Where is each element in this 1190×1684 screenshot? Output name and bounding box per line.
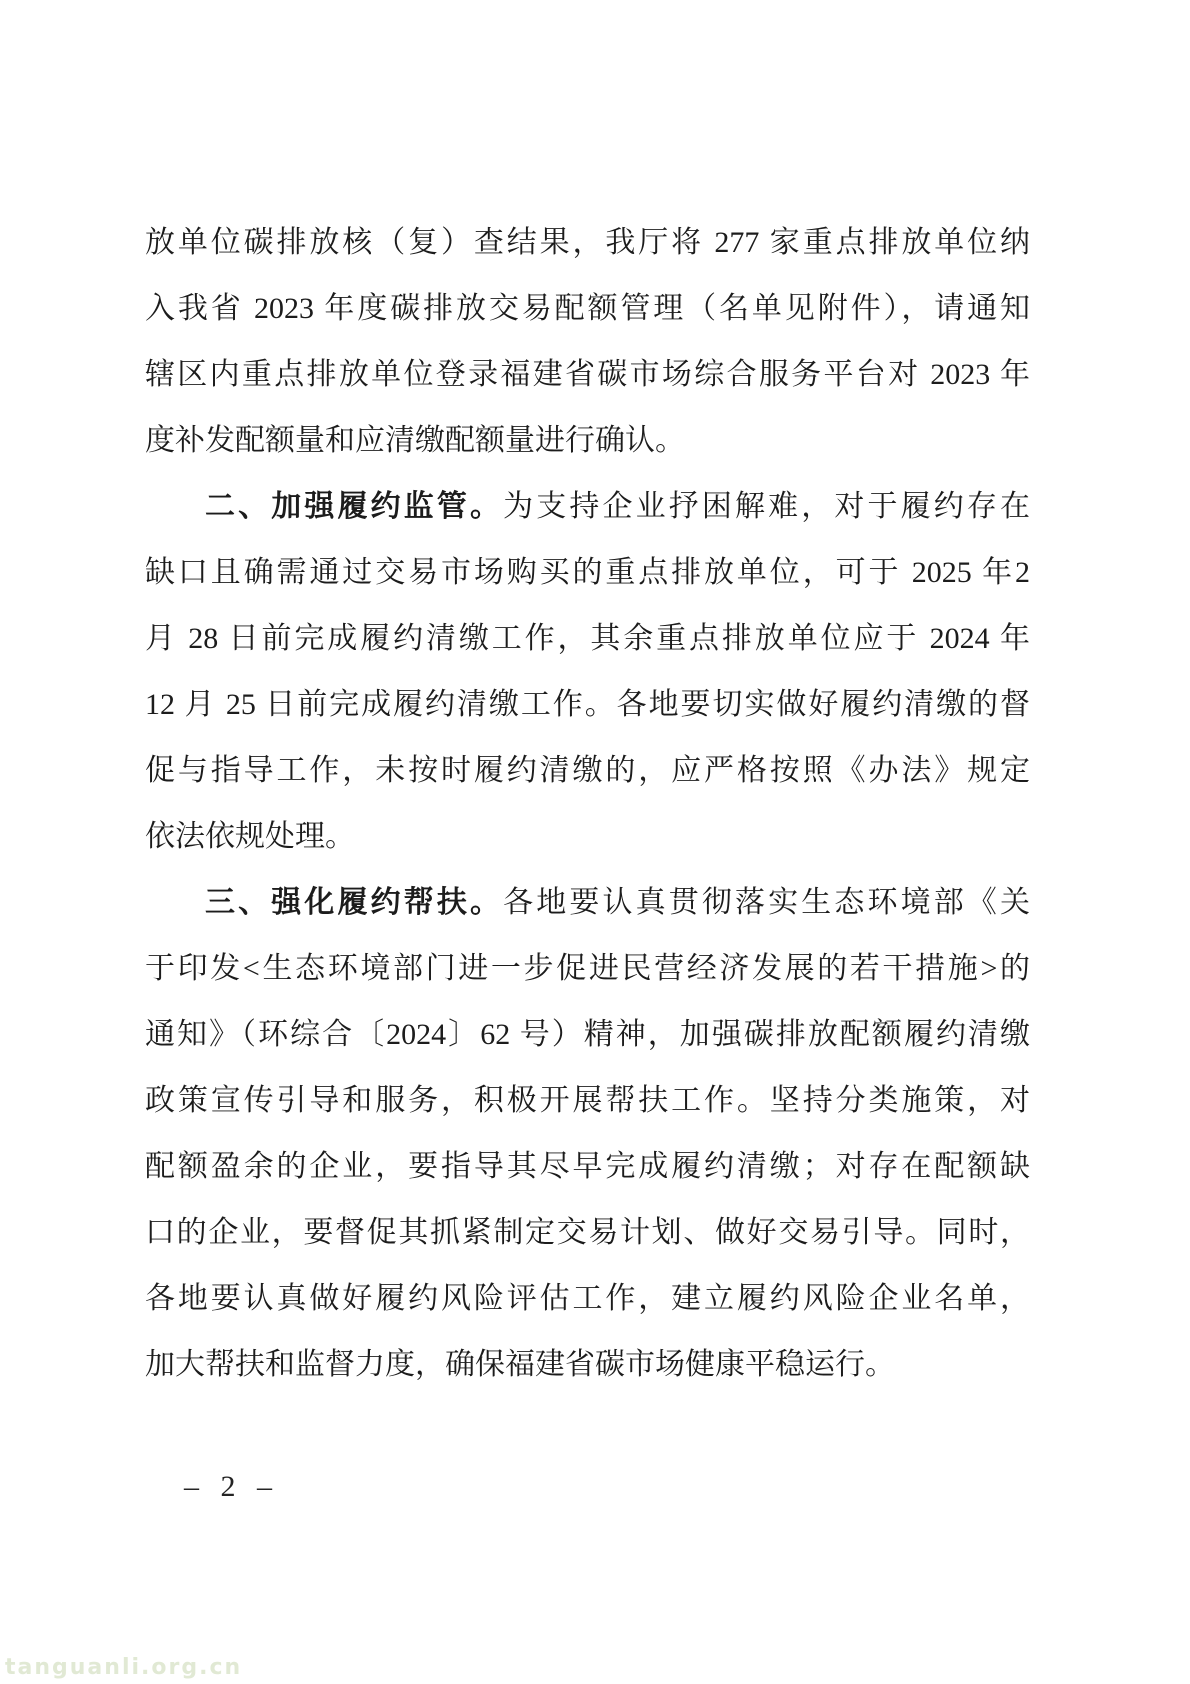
text-segment: 为支持企业抒困解难，对于履约存在 — [503, 490, 1030, 523]
text-line: 依法依规处理。 — [145, 804, 1030, 870]
text-line: 通知》（环综合〔2024〕62 号）精神，加强碳排放配额履约清缴 — [145, 1002, 1030, 1068]
text-segment: 通知》（环综合〔2024〕62 号）精神，加强碳排放配额履约清缴 — [145, 1018, 1030, 1051]
text-segment: 于印发<生态环境部门进一步促进民营经济发展的若干措施>的 — [145, 952, 1030, 985]
section-heading: 三、强化履约帮扶。 — [205, 886, 503, 919]
text-segment: 各地要认真做好履约风险评估工作，建立履约风险企业名单， — [145, 1282, 1030, 1315]
text-segment: 12 月 25 日前完成履约清缴工作。各地要切实做好履约清缴的督 — [145, 688, 1030, 721]
text-segment: 依法依规处理。 — [145, 820, 355, 853]
text-line: 放单位碳排放核（复）查结果，我厅将 277 家重点排放单位纳 — [145, 210, 1030, 276]
text-line: 于印发<生态环境部门进一步促进民营经济发展的若干措施>的 — [145, 936, 1030, 1002]
text-line: 口的企业，要督促其抓紧制定交易计划、做好交易引导。同时， — [145, 1200, 1030, 1266]
text-segment: 度补发配额量和应清缴配额量进行确认。 — [145, 424, 685, 457]
text-segment: 各地要认真贯彻落实生态环境部《关 — [503, 886, 1030, 919]
text-line: 加大帮扶和监督力度，确保福建省碳市场健康平稳运行。 — [145, 1332, 1030, 1398]
text-line: 入我省 2023 年度碳排放交易配额管理（名单见附件），请通知 — [145, 276, 1030, 342]
text-segment: 配额盈余的企业，要指导其尽早完成履约清缴；对存在配额缺 — [145, 1150, 1030, 1183]
text-segment: 加大帮扶和监督力度，确保福建省碳市场健康平稳运行。 — [145, 1348, 895, 1381]
text-line: 促与指导工作，未按时履约清缴的，应严格按照《办法》规定 — [145, 738, 1030, 804]
text-line: 12 月 25 日前完成履约清缴工作。各地要切实做好履约清缴的督 — [145, 672, 1030, 738]
text-line: 辖区内重点排放单位登录福建省碳市场综合服务平台对 2023 年 — [145, 342, 1030, 408]
text-segment: 月 28 日前完成履约清缴工作，其余重点排放单位应于 2024 年 — [145, 622, 1030, 655]
text-segment: 口的企业，要督促其抓紧制定交易计划、做好交易引导。同时， — [145, 1216, 1030, 1249]
text-line: 缺口且确需通过交易市场购买的重点排放单位，可于 2025 年2 — [145, 540, 1030, 606]
text-line: 三、强化履约帮扶。各地要认真贯彻落实生态环境部《关 — [145, 870, 1030, 936]
text-line: 政策宣传引导和服务，积极开展帮扶工作。坚持分类施策，对 — [145, 1068, 1030, 1134]
page-number: – 2 – — [184, 1470, 279, 1504]
text-segment: 辖区内重点排放单位登录福建省碳市场综合服务平台对 2023 年 — [145, 358, 1030, 391]
text-segment: 入我省 2023 年度碳排放交易配额管理（名单见附件），请通知 — [145, 292, 1030, 325]
text-line: 各地要认真做好履约风险评估工作，建立履约风险企业名单， — [145, 1266, 1030, 1332]
document-page: 放单位碳排放核（复）查结果，我厅将 277 家重点排放单位纳入我省 2023 年… — [0, 0, 1190, 1684]
text-segment: 放单位碳排放核（复）查结果，我厅将 277 家重点排放单位纳 — [145, 226, 1030, 259]
text-segment: 政策宣传引导和服务，积极开展帮扶工作。坚持分类施策，对 — [145, 1084, 1030, 1117]
text-line: 月 28 日前完成履约清缴工作，其余重点排放单位应于 2024 年 — [145, 606, 1030, 672]
watermark: tanguanli.org.cn — [5, 1655, 242, 1680]
text-line: 配额盈余的企业，要指导其尽早完成履约清缴；对存在配额缺 — [145, 1134, 1030, 1200]
text-segment: 促与指导工作，未按时履约清缴的，应严格按照《办法》规定 — [145, 754, 1030, 787]
text-line: 度补发配额量和应清缴配额量进行确认。 — [145, 408, 1030, 474]
text-segment: 缺口且确需通过交易市场购买的重点排放单位，可于 2025 年2 — [145, 556, 1030, 589]
document-body: 放单位碳排放核（复）查结果，我厅将 277 家重点排放单位纳入我省 2023 年… — [145, 210, 1030, 1398]
section-heading: 二、加强履约监管。 — [205, 490, 503, 523]
text-line: 二、加强履约监管。为支持企业抒困解难，对于履约存在 — [145, 474, 1030, 540]
